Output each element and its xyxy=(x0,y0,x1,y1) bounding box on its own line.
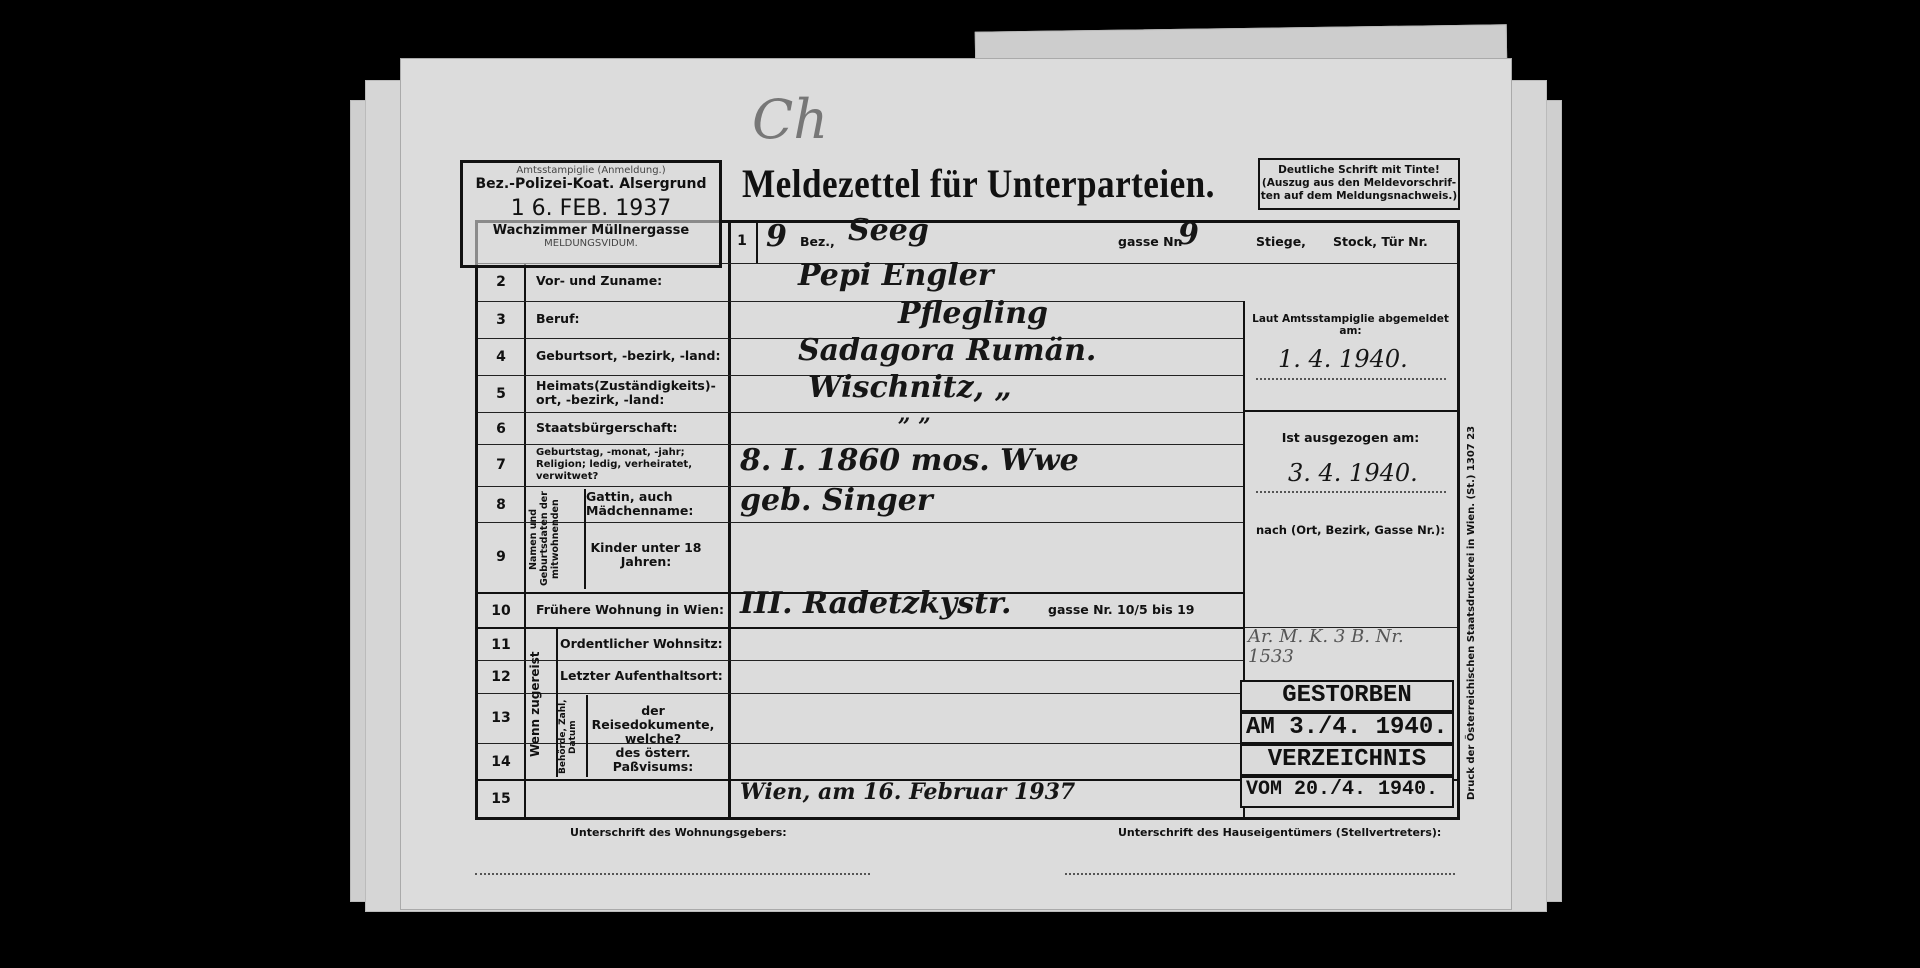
dotted-line xyxy=(1256,491,1446,493)
previous-address-number: gasse Nr. 10/5 bis 19 xyxy=(1048,603,1194,617)
citizenship-value: „ „ xyxy=(898,401,931,427)
gasse-label: gasse Nr. xyxy=(1118,235,1183,249)
stamp-room: Wachzimmer Müllnergasse xyxy=(463,223,719,238)
row-5: 5 Heimats(Zuständigkeits)- ort, -bezirk,… xyxy=(478,375,1243,413)
deregistered-label: Laut Amtsstampiglie abgemeldet am: xyxy=(1248,313,1453,337)
row-8: 8 Gattin, auch Mädchenname: geb. Singer xyxy=(478,486,1243,523)
row-label: Letzter Aufenthaltsort: xyxy=(560,669,723,683)
spouse-value: geb. Singer xyxy=(740,483,933,518)
gasse-value: 9 xyxy=(1178,217,1199,252)
deregistered-date-value: 1. 4. 1940. xyxy=(1278,345,1408,373)
moved-out-date-value: 3. 4. 1940. xyxy=(1288,459,1418,487)
dotted-line xyxy=(1256,378,1446,380)
row-number: 11 xyxy=(478,637,524,653)
form-title: Meldezettel für Unterparteien. xyxy=(742,160,1215,207)
row-11: 11 Ordentlicher Wohnsitz: xyxy=(478,627,1243,662)
owner-signature-line xyxy=(1065,873,1455,875)
home-place-value: Wischnitz, „ xyxy=(808,370,1012,405)
divider xyxy=(1245,410,1457,412)
moved-out-label: Ist ausgezogen am: xyxy=(1248,431,1453,445)
row-number: 10 xyxy=(478,603,524,619)
previous-address-value: III. Radetzkystr. xyxy=(740,586,1011,621)
row-7: 7 Geburtstag, -monat, -jahr; Religion; l… xyxy=(478,444,1243,487)
row-number: 5 xyxy=(478,386,524,402)
divider xyxy=(584,489,586,589)
row-12: 12 Letzter Aufenthaltsort: xyxy=(478,660,1243,694)
landlord-signature-label: Unterschrift des Wohnungsgebers: xyxy=(570,826,787,839)
destination-label: nach (Ort, Bezirk, Gasse Nr.): xyxy=(1248,523,1453,537)
ink-notice-box: Deutliche Schrift mit Tinte! (Auszug aus… xyxy=(1258,158,1460,210)
owner-signature-label: Unterschrift des Hauseigentümers (Stellv… xyxy=(1118,826,1441,839)
printer-imprint: Druck der Österreichischen Staatsdrucker… xyxy=(1466,420,1482,800)
arrived-group-label: Wenn zugereist xyxy=(528,631,556,777)
notice-line: ten auf dem Meldungsnachweis.) xyxy=(1260,190,1458,203)
row-6: 6 Staatsbürgerschaft: „ „ xyxy=(478,412,1243,445)
birthplace-value: Sadagora Rumän. xyxy=(798,333,1096,368)
row-number: 1 xyxy=(732,233,752,249)
authority-group-label: Behörde, Zahl, Datum xyxy=(558,697,586,777)
row-number: 15 xyxy=(478,791,524,807)
row-number: 2 xyxy=(478,274,524,290)
row-number: 13 xyxy=(478,710,524,726)
divider xyxy=(756,223,758,263)
signing-date-value: Wien, am 16. Februar 1937 xyxy=(740,779,1075,805)
birthdate-religion-value: 8. I. 1860 mos. Wwe xyxy=(740,443,1079,478)
landlord-signature-line xyxy=(475,873,870,875)
name-value: Pepi Engler xyxy=(798,258,994,293)
stiege-label: Stiege, xyxy=(1256,235,1306,249)
district-value: 9 xyxy=(766,219,787,254)
row-label: Heimats(Zuständigkeits)- ort, -bezirk, -… xyxy=(536,379,726,407)
death-stamp-line-4: VOM 20./4. 1940. xyxy=(1240,776,1454,808)
divider xyxy=(586,695,588,777)
row-label: Gattin, auch Mädchenname: xyxy=(586,490,726,518)
row-number: 7 xyxy=(478,457,524,473)
row-label: Geburtstag, -monat, -jahr; Religion; led… xyxy=(536,447,726,483)
pencil-mark: Ch xyxy=(752,88,828,151)
family-group-label: Namen und Geburtsdaten der mitwohnenden xyxy=(528,489,584,589)
stamp-header: Amtsstampiglie (Anmeldung.) xyxy=(463,165,719,176)
row-number: 9 xyxy=(478,549,524,565)
row-13: 13 der Reisedokumente, welche? xyxy=(478,693,1243,744)
file-reference-note: Ar. M. K. 3 B. Nr. 1533 xyxy=(1248,627,1448,667)
death-stamp-line-2: AM 3./4. 1940. xyxy=(1240,712,1454,744)
death-stamp-line-3: VERZEICHNIS xyxy=(1240,744,1454,776)
notice-line: (Auszug aus den Meldevorschrif- xyxy=(1260,177,1458,190)
stock-label: Stock, Tür Nr. xyxy=(1333,235,1428,249)
row-label: der Reisedokumente, welche? xyxy=(588,704,718,746)
row-number: 6 xyxy=(478,421,524,437)
row-label: Beruf: xyxy=(536,312,580,326)
row-label: Vor- und Zuname: xyxy=(536,274,662,288)
stamp-office: Bez.-Polizei-Koat. Alsergrund xyxy=(463,176,719,192)
row-9: 9 Kinder unter 18 Jahren: xyxy=(478,522,1243,593)
row-label: Kinder unter 18 Jahren: xyxy=(586,541,706,569)
row-number: 12 xyxy=(478,669,524,685)
row-label: Staatsbürgerschaft: xyxy=(536,421,677,435)
row-label: Geburtsort, -bezirk, -land: xyxy=(536,349,721,363)
row-number: 4 xyxy=(478,349,524,365)
occupation-value: Pflegling xyxy=(898,296,1048,331)
death-stamp-line-1: GESTORBEN xyxy=(1240,680,1454,712)
street-value: Seeg xyxy=(848,213,929,248)
row-number: 8 xyxy=(478,497,524,513)
row-label: Frühere Wohnung in Wien: xyxy=(536,603,724,617)
row-10: 10 Frühere Wohnung in Wien: III. Radetzk… xyxy=(478,592,1243,629)
row-number: 14 xyxy=(478,754,524,770)
row-number: 3 xyxy=(478,312,524,328)
row-label: des österr. Paßvisums: xyxy=(588,746,718,774)
stamp-date: 1 6. FEB. 1937 xyxy=(463,196,719,221)
notice-line: Deutliche Schrift mit Tinte! xyxy=(1260,164,1458,177)
row-label: Ordentlicher Wohnsitz: xyxy=(560,637,723,651)
row-14: 14 des österr. Paßvisums: xyxy=(478,743,1243,780)
police-stamp: Amtsstampiglie (Anmeldung.) Bez.-Polizei… xyxy=(460,160,722,268)
district-label: Bez., xyxy=(800,235,835,249)
stamp-footer: MELDUNGSVIDUM. xyxy=(463,238,719,249)
